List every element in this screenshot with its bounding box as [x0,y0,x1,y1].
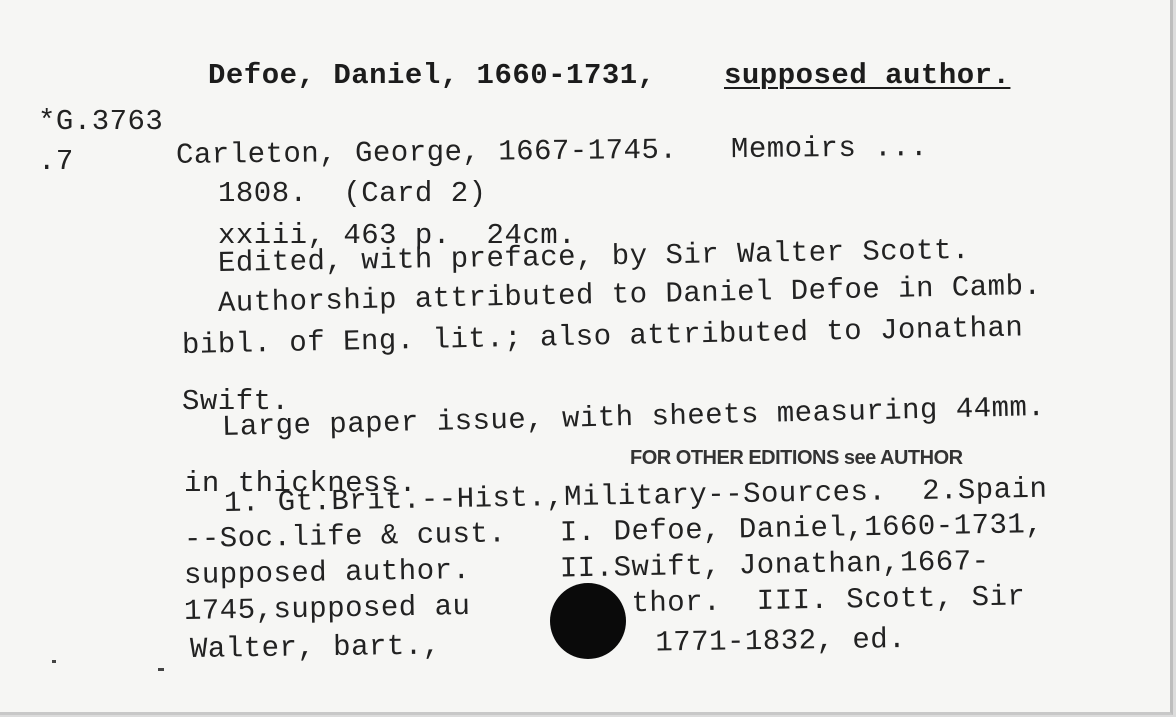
note-line-3: bibl. of Eng. lit.; also attributed to J… [182,312,1024,362]
catalog-card: Defoe, Daniel, 1660-1731, supposed autho… [0,0,1173,715]
stray-mark [158,668,164,671]
other-editions-stamp: FOR OTHER EDITIONS see AUTHOR [630,442,963,474]
note-line-5: Large paper issue, with sheets measuring… [222,392,1046,444]
stray-mark [52,660,56,663]
call-number-line-2: .7 [38,146,74,178]
heading-name: Defoe, Daniel, 1660-1731, [208,60,656,92]
main-entry: Carleton, George, 1667-1745. Memoirs ... [176,132,928,172]
heading-role: supposed author. [724,60,1010,92]
call-number-line-1: *G.3763 [38,106,163,138]
tracing-line-5: Walter, bart., 1771-1832, ed. [190,624,907,666]
punch-hole [550,583,626,659]
imprint: 1808. (Card 2) [218,178,487,210]
